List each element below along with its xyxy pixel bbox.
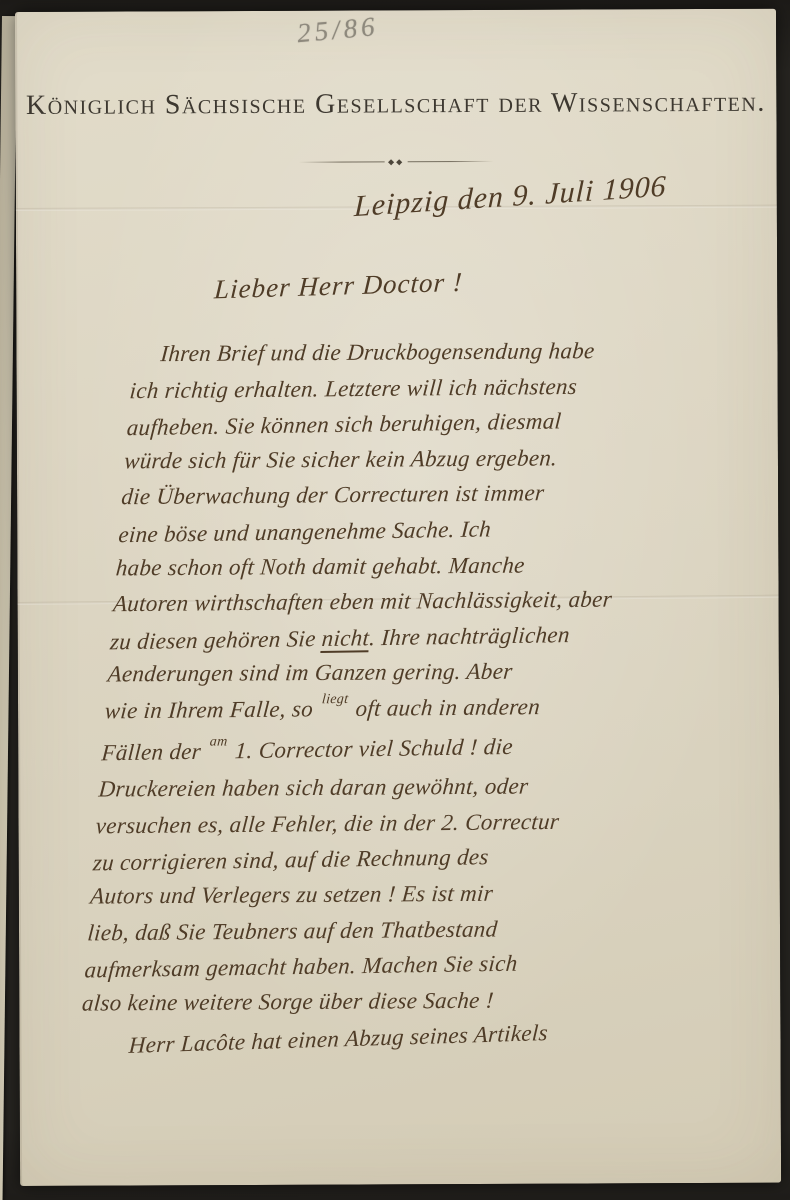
handwriting-line: habe schon oft Noth damit gehabt. Manche xyxy=(115,545,778,585)
salutation: Lieber Herr Doctor ! xyxy=(213,267,463,306)
divider-rule-left xyxy=(299,161,385,162)
line-text: zu diesen gehören Sie xyxy=(109,626,322,654)
line-text: wie in Ihrem Falle, so xyxy=(104,696,320,723)
inserted-word: liegt xyxy=(321,682,350,718)
handwriting-line: Aenderungen sind im Ganzen gering. Aber xyxy=(106,652,769,692)
letterhead-title: Königlich Sächsische Gesellschaft der Wi… xyxy=(15,87,776,122)
handwriting-line: Autors und Verlegers zu setzen ! Es ist … xyxy=(89,874,752,914)
letterhead-divider: ◆◆ xyxy=(16,156,777,168)
diamond-ornament-icon: ◆◆ xyxy=(388,157,404,166)
letter-page: 25/86 Königlich Sächsische Gesellschaft … xyxy=(15,9,781,1186)
handwriting-line: würde sich für Sie sicher kein Abzug erg… xyxy=(123,439,786,479)
line-text: 1. Corrector viel Schuld ! die xyxy=(228,733,514,762)
archival-number-annotation: 25/86 xyxy=(296,11,380,49)
inserted-word: am xyxy=(209,724,229,760)
underlined-word: nicht xyxy=(321,625,370,653)
line-text: . Ihre nachträglichen xyxy=(368,622,570,650)
divider-rule-right xyxy=(407,161,493,162)
dateline: Leipzig den 9. Juli 1906 xyxy=(353,170,667,225)
handwriting-line: Ihren Brief und die Druckbogensendung ha… xyxy=(131,332,790,372)
letter-body: Ihren Brief und die Druckbogensendung ha… xyxy=(78,331,790,1058)
line-text: Fällen der xyxy=(101,738,208,765)
handwriting-line: Druckereien haben sich daran gewöhnt, od… xyxy=(97,767,760,807)
line-text: oft auch in anderen xyxy=(349,694,541,721)
